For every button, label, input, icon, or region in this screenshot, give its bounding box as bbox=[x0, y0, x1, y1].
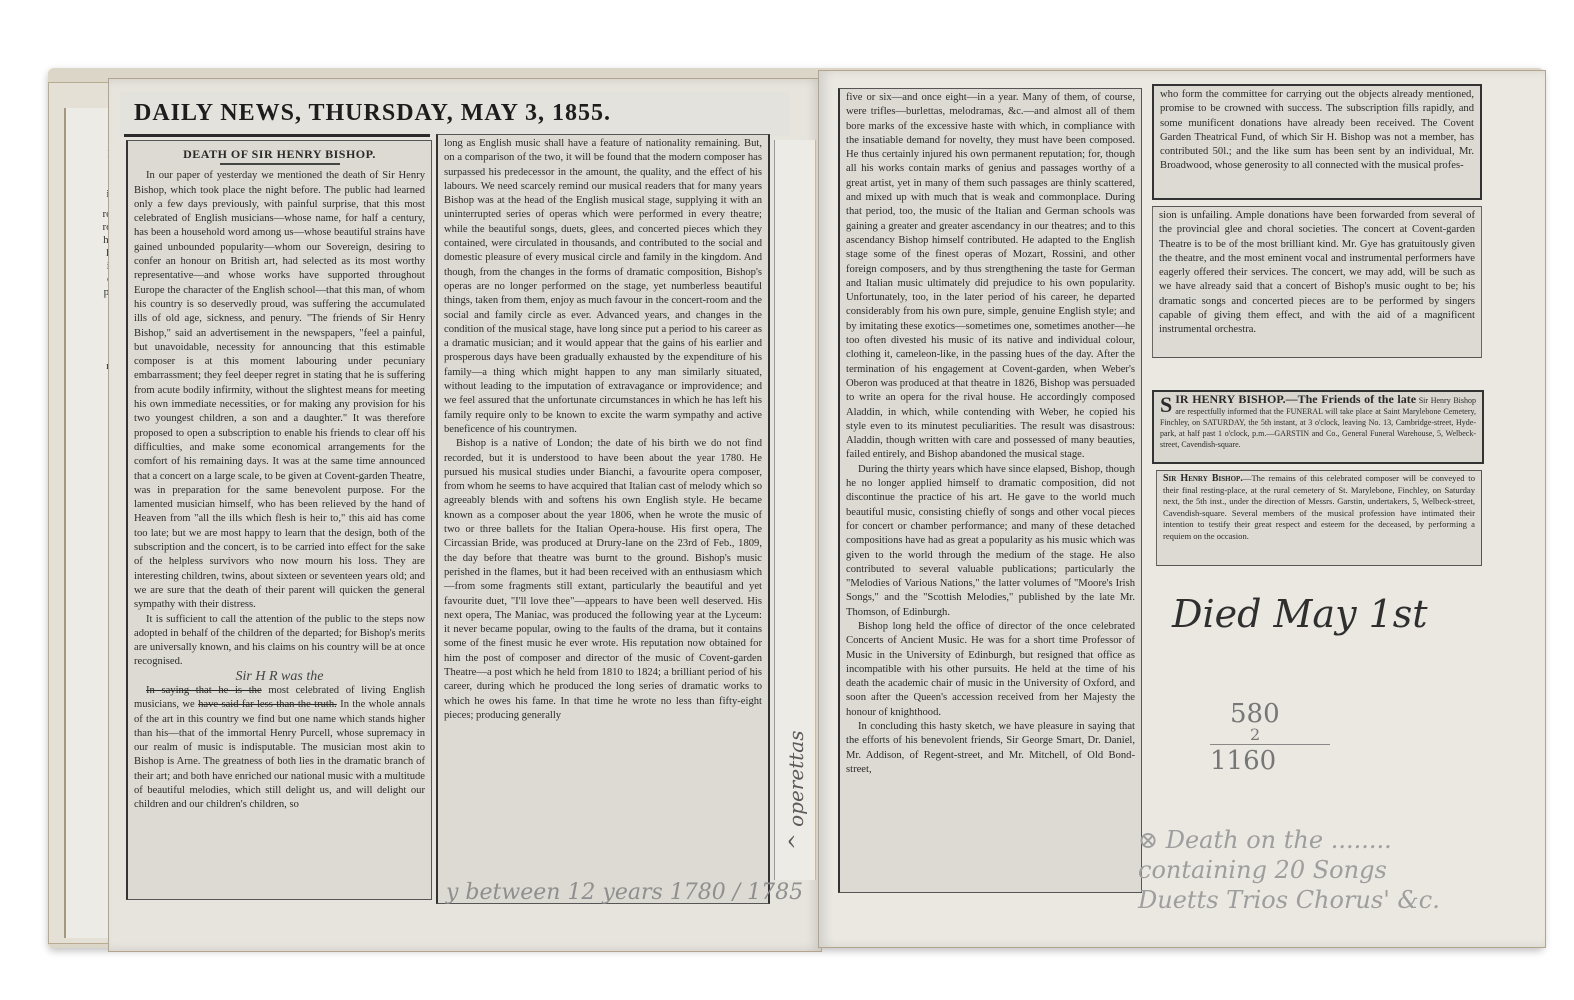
note-line: ⊗ Death on the ........ bbox=[1138, 825, 1440, 855]
article-paragraph: During the thirty years which have since… bbox=[846, 463, 1135, 620]
article-paragraph: sion is unfailing. Ample donations have … bbox=[1159, 209, 1475, 338]
article-column-4-bottom: sion is unfailing. Ample donations have … bbox=[1152, 206, 1482, 358]
note-line: Duetts Trios Chorus' &c. bbox=[1138, 885, 1440, 915]
sum-top: 580 bbox=[1210, 700, 1330, 728]
notice-lead: Sir Henry Bishop. bbox=[1163, 473, 1243, 484]
article-paragraph: It is sufficient to call the attention o… bbox=[134, 613, 425, 670]
sum-result: 1160 bbox=[1210, 747, 1330, 775]
masthead-rule bbox=[124, 134, 430, 137]
sum-multiplier: 2 bbox=[1210, 728, 1330, 742]
heading-ornament bbox=[220, 163, 340, 165]
dropcap: S bbox=[1160, 394, 1172, 416]
article-heading: DEATH OF SIR HENRY BISHOP. bbox=[134, 147, 425, 161]
article-paragraph: Bishop is a native of London; the date o… bbox=[444, 437, 762, 723]
article-paragraph: long as English music shall have a featu… bbox=[444, 137, 762, 437]
note-line: containing 20 Songs bbox=[1138, 855, 1440, 885]
handwritten-insert: Sir H R was the bbox=[134, 670, 425, 684]
pencil-bottom-note: ⊗ Death on the ........ containing 20 So… bbox=[1138, 825, 1440, 915]
handwritten-died-note: Died May 1st bbox=[1172, 592, 1428, 636]
article-text: In the whole annals of the art in this c… bbox=[134, 699, 425, 810]
masthead-title: DAILY NEWS, THURSDAY, MAY 3, 1855. bbox=[134, 100, 611, 127]
article-paragraph: In our paper of yesterday we mentioned t… bbox=[134, 169, 425, 612]
article-column-2: long as English music shall have a featu… bbox=[436, 134, 770, 904]
vertical-pencil-note: ^ operettas bbox=[784, 650, 814, 850]
sum-line bbox=[1210, 744, 1330, 745]
funeral-advertisement: S IR HENRY BISHOP.—The Friends of the la… bbox=[1152, 390, 1484, 464]
article-column-1: DEATH OF SIR HENRY BISHOP. In our paper … bbox=[126, 140, 432, 900]
remains-notice: Sir Henry Bishop.—The remains of this ce… bbox=[1156, 470, 1482, 566]
article-paragraph: five or six—and once eight—in a year. Ma… bbox=[846, 91, 1135, 463]
article-paragraph: In concluding this hasty sketch, we have… bbox=[846, 720, 1135, 777]
struck-text: have said far less than the truth. bbox=[198, 699, 337, 710]
struck-text: In saying that he is the bbox=[146, 685, 262, 696]
pencil-arithmetic: 580 2 1160 bbox=[1210, 700, 1330, 775]
ad-headline: IR HENRY BISHOP.—The Friends of the late bbox=[1175, 392, 1416, 406]
article-column-4-top: who form the committee for carrying out … bbox=[1152, 84, 1482, 200]
newspaper-masthead: DAILY NEWS, THURSDAY, MAY 3, 1855. bbox=[120, 92, 790, 136]
pencil-note-under-column: y between 12 years 1780 / 1785 bbox=[446, 880, 803, 905]
article-column-3: five or six—and once eight—in a year. Ma… bbox=[838, 88, 1142, 893]
article-paragraph: Bishop long held the office of director … bbox=[846, 620, 1135, 720]
article-paragraph: who form the committee for carrying out … bbox=[1160, 88, 1474, 174]
